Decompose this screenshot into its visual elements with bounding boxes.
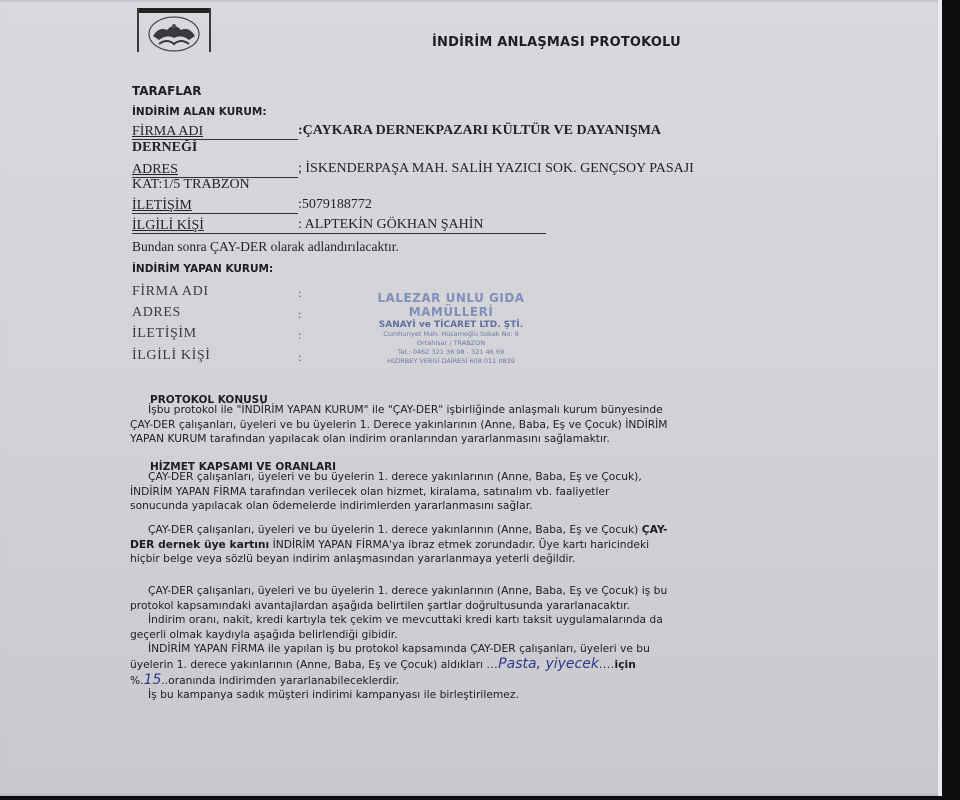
receiver-person-label: İLGİLİ KİŞİ bbox=[132, 218, 204, 234]
receiver-contact-label: İLETİŞİM bbox=[132, 198, 192, 214]
association-logo bbox=[137, 8, 211, 52]
receiver-firm-value: :ÇAYKARA DERNEKPAZARI KÜLTÜR VE DAYANIŞM… bbox=[298, 123, 661, 139]
receiver-person-value: : ALPTEKİN GÖKHAN ŞAHİN bbox=[298, 217, 484, 233]
provider-contact-label: İLETİŞİM bbox=[132, 326, 197, 342]
receiver-firm-value-cont: DERNEĞİ bbox=[132, 140, 197, 156]
receiver-address-value: ; İSKENDERPAŞA MAH. SALİH YAZICI SOK. GE… bbox=[298, 161, 694, 177]
receiver-firm-label: FİRMA ADI bbox=[132, 124, 203, 140]
subject-paragraph: İşbu protokol ile "İNDİRİM YAPAN KURUM" … bbox=[130, 403, 668, 447]
alias-note: Bundan sonra ÇAY-DER olarak adlandırılac… bbox=[132, 239, 399, 255]
receiver-heading: İNDİRİM ALAN KURUM: bbox=[132, 106, 267, 118]
provider-firm-label: FİRMA ADI bbox=[132, 284, 209, 300]
provider-heading: İNDİRİM YAPAN KURUM: bbox=[132, 263, 273, 275]
receiver-address-label: ADRES bbox=[132, 162, 178, 178]
scope-paragraph-3: ÇAY-DER çalışanları, üyeleri ve bu üyele… bbox=[130, 584, 667, 703]
parties-heading: TARAFLAR bbox=[132, 84, 201, 98]
handwritten-items: Pasta, yiyecek bbox=[498, 656, 599, 672]
provider-person-label: İLGİLİ KİŞİ bbox=[132, 348, 211, 364]
provider-address-label: ADRES bbox=[132, 305, 181, 321]
receiver-contact-value: :5079188772 bbox=[298, 197, 372, 213]
company-stamp: LALEZAR UNLU GIDA MAMÜLLERİ SANAYİ ve Tİ… bbox=[340, 291, 562, 366]
document-page: İNDİRİM ANLAŞMASI PROTOKOLU TARAFLAR İND… bbox=[0, 0, 942, 796]
handwritten-discount-rate: 15 bbox=[144, 672, 162, 688]
association-emblem-icon bbox=[145, 14, 203, 52]
page-title: İNDİRİM ANLAŞMASI PROTOKOLU bbox=[432, 35, 681, 50]
receiver-address-value-cont: KAT:1/5 TRABZON bbox=[132, 177, 250, 193]
scope-paragraph-1: ÇAY-DER çalışanları, üyeleri ve bu üyele… bbox=[130, 470, 642, 514]
scope-paragraph-2: ÇAY-DER çalışanları, üyeleri ve bu üyele… bbox=[130, 523, 667, 567]
